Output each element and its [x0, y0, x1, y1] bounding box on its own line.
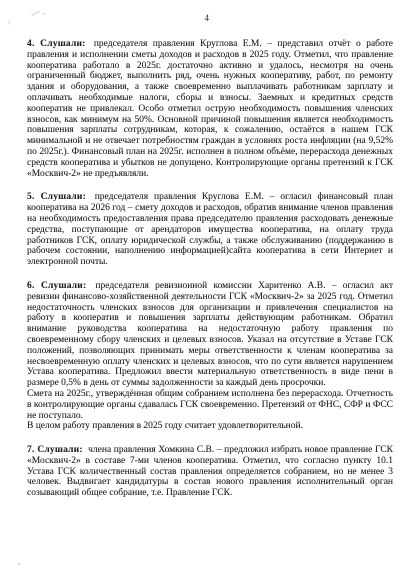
scan-dot-artifact: [18, 563, 20, 565]
agenda-item-7: 7. Слушали: члена правления Хомкина С.В.…: [27, 445, 393, 499]
agenda-item-6-text: председателя ревизионной комиссии Харите…: [27, 281, 393, 388]
agenda-item-5-label: 5. Слушали:: [27, 192, 86, 202]
document-page: 4 4. Слушали: председателя правления Кру…: [0, 0, 414, 585]
agenda-item-4-text: председателя правления Круглова Е.М. – п…: [27, 39, 393, 179]
agenda-item-5: 5. Слушали: председателя правления Кругл…: [27, 192, 393, 268]
agenda-item-6-note-conclusion: В целом работу правления в 2025 году счи…: [27, 421, 393, 432]
page-number: 4: [0, 13, 414, 23]
minutes-content: 4. Слушали: председателя правления Кругл…: [27, 39, 393, 512]
agenda-item-4: 4. Слушали: председателя правления Кругл…: [27, 39, 393, 179]
agenda-item-6-label: 6. Слушали:: [27, 281, 86, 291]
agenda-item-7-label: 7. Слушали:: [27, 445, 83, 455]
agenda-item-6-note-budget: Смета на 2025г., утверждённая общим собр…: [27, 389, 393, 421]
agenda-item-4-label: 4. Слушали:: [27, 39, 86, 49]
agenda-item-6: 6. Слушали: председателя ревизионной ком…: [27, 281, 393, 432]
agenda-item-5-text: председателя правления Круглова Е.М. – о…: [27, 192, 393, 267]
